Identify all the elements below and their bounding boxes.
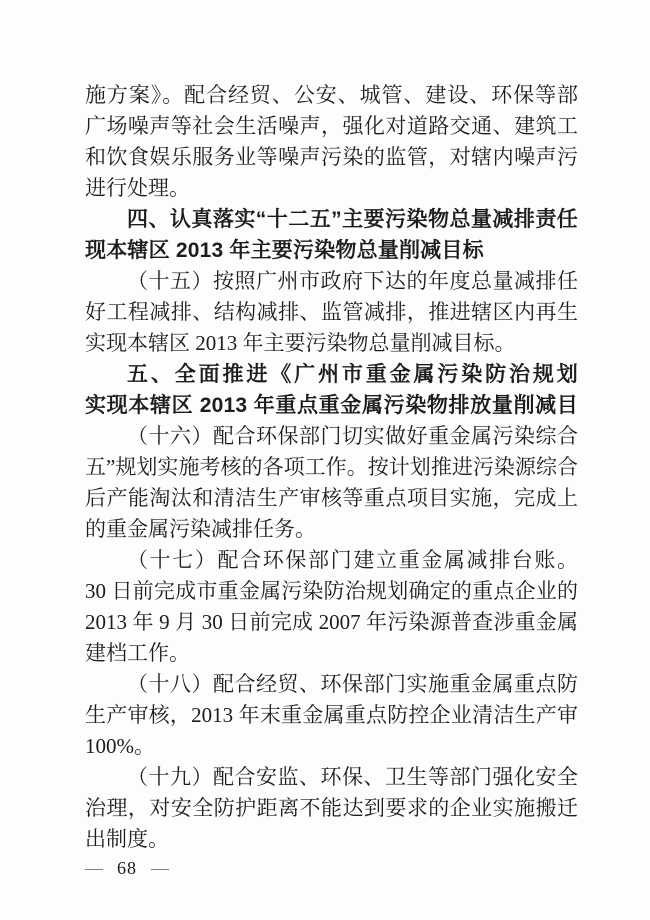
text-line: 后产能淘汰和清洁生产审核等重点项目实施，完成上级政府下达 [85,483,578,514]
section-heading-4: 四、认真落实“十二五”主要污染物总量减排责任书要求，实 现本辖区 2013 年主… [85,204,578,266]
paragraph-19: （十九）配合安监、环保、卫生等部门强化安全监管和达标 治理，对安全防护距离不能达… [85,762,578,855]
text-line: 建档工作。 [85,638,578,669]
text-line: 和饮食娱乐服务业等噪声污染的监管，对辖内噪声污染投诉及时 [85,142,578,173]
text-line: 生产审核，2013 年末重金属重点防控企业清洁生产审核率达到 [85,700,578,731]
page-footer: — 68 — [85,856,169,880]
text-line: 进行处理。 [85,173,578,204]
paragraph-18: （十八）配合经贸、环保部门实施重金属重点防控企业清洁 生产审核，2013 年末重… [85,669,578,762]
text-line: 100%。 [85,731,578,762]
text-line: 2013 年 9 月 30 日前完成 2007 年污染源普查涉重金属排污企业的 [85,607,578,638]
section-heading-5: 五、全面推进《广州市重金属污染防治规划（2012-2015 年）》， 实现本辖区… [85,359,578,421]
text-line: 好工程减排、结构减排、监管减排，推进辖区内再生水回用工作， [85,297,578,328]
footer-left-dash: — [85,856,103,880]
heading-line: 五、全面推进《广州市重金属污染防治规划（2012-2015 年）》， [85,359,578,390]
text-line: （十五）按照广州市政府下达的年度总量减排任务要求，抓 [85,266,578,297]
text-line: 治理，对安全防护距离不能达到要求的企业实施搬迁或淘汰和退 [85,793,578,824]
text-line: （十八）配合经贸、环保部门实施重金属重点防控企业清洁 [85,669,578,700]
text-line: 实现本辖区 2013 年主要污染物总量削减目标。 [85,328,578,359]
text-line: 五”规划实施考核的各项工作。按计划推进污染源综合整治、落 [85,452,578,483]
heading-line: 四、认真落实“十二五”主要污染物总量减排责任书要求，实 [85,204,578,235]
text-line: 30 日前完成市重金属污染防治规划确定的重点企业的建档工作， [85,576,578,607]
text-line: 出制度。 [85,824,578,855]
text-line: 施方案》。配合经贸、公安、城管、建设、环保等部门治理商业、 [85,80,578,111]
text-line: 的重金属污染减排任务。 [85,514,578,545]
document-page: 施方案》。配合经贸、公安、城管、建设、环保等部门治理商业、 广场噪声等社会生活噪… [0,0,650,920]
page-number: 68 [117,856,137,880]
paragraph-15: （十五）按照广州市政府下达的年度总量减排任务要求，抓 好工程减排、结构减排、监管… [85,266,578,359]
document-body: 施方案》。配合经贸、公安、城管、建设、环保等部门治理商业、 广场噪声等社会生活噪… [85,80,578,855]
text-line: （十九）配合安监、环保、卫生等部门强化安全监管和达标 [85,762,578,793]
text-line: （十六）配合环保部门切实做好重金属污染综合防治“十二 [85,421,578,452]
footer-right-dash: — [151,856,169,880]
paragraph-17: （十七）配合环保部门建立重金属减排台账。2013 年 6 月 30 日前完成市重… [85,545,578,669]
text-line: 广场噪声等社会生活噪声，强化对道路交通、建筑工地夜间施工 [85,111,578,142]
text-line: （十七）配合环保部门建立重金属减排台账。2013 年 6 月 [85,545,578,576]
heading-line: 实现本辖区 2013 年重点重金属污染物排放量削减目标 [85,390,578,421]
paragraph-continuation: 施方案》。配合经贸、公安、城管、建设、环保等部门治理商业、 广场噪声等社会生活噪… [85,80,578,204]
heading-line: 现本辖区 2013 年主要污染物总量削减目标 [85,235,578,266]
paragraph-16: （十六）配合环保部门切实做好重金属污染综合防治“十二 五”规划实施考核的各项工作… [85,421,578,545]
